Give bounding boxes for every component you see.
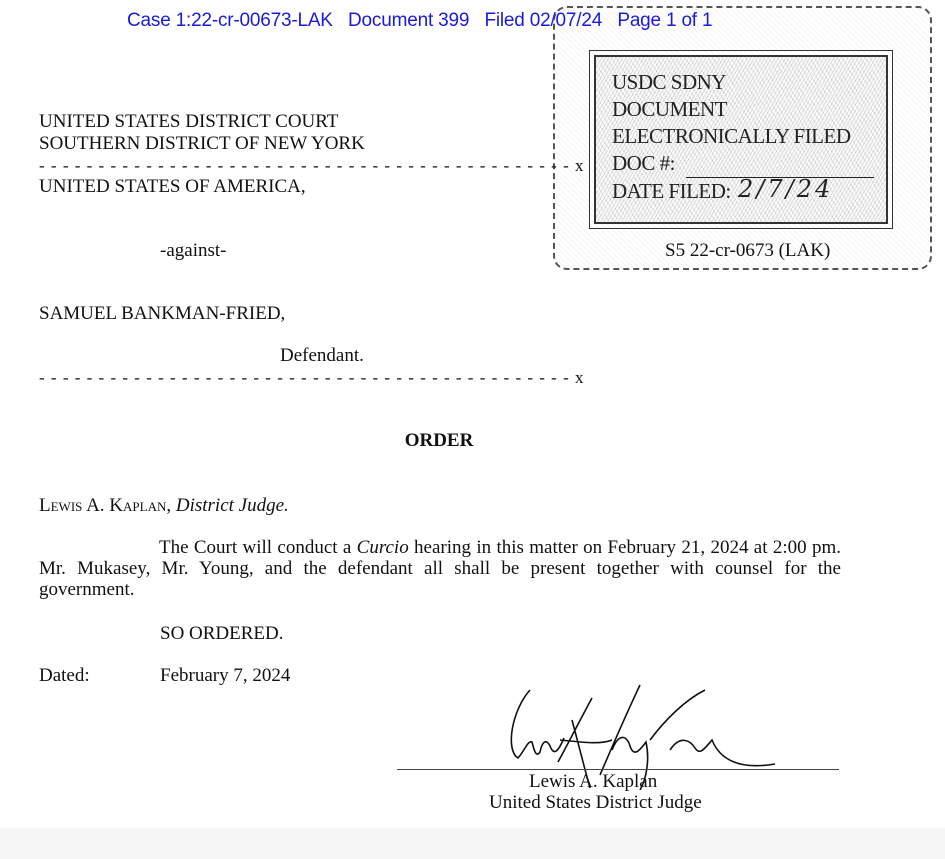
case-number: Case 1:22-cr-00673-LAK [127, 10, 333, 31]
court-district: SOUTHERN DISTRICT OF NEW YORK [39, 133, 365, 155]
dated-label: Dated: [39, 665, 90, 687]
document-number: Document 399 [348, 10, 469, 31]
handwritten-date: 2/7/24 [738, 175, 833, 203]
case-docket-number: S5 22-cr-0673 (LAK) [665, 240, 830, 262]
filed-date: Filed 02/07/24 [484, 10, 602, 31]
signature-line [397, 769, 839, 770]
stamp-line-court: USDC SDNY [612, 70, 726, 95]
judge-heading: Lewis A. Kaplan, District Judge. [39, 495, 289, 517]
defendant-role: Defendant. [280, 345, 364, 367]
stamp-line-electronic: ELECTRONICALLY FILED [612, 124, 851, 149]
judge-title: District Judge. [176, 495, 289, 516]
court-name: UNITED STATES DISTRICT COURT [39, 111, 338, 133]
stamp-line-document: DOCUMENT [612, 97, 727, 122]
dated-value: February 7, 2024 [160, 665, 290, 687]
so-ordered: SO ORDERED. [160, 623, 284, 645]
page-count: Page 1 of 1 [617, 10, 712, 31]
ecf-filing-header: Case 1:22-cr-00673-LAK Document 399 File… [127, 10, 712, 32]
versus-label: -against- [160, 240, 226, 262]
page-bottom-margin [0, 828, 945, 859]
caption-divider-bottom: - - - - - - - - - - - - - - - - - - - - … [39, 368, 585, 388]
stamp-line-doc-number: DOC #: [612, 151, 675, 176]
order-body-text: The Court will conduct a [159, 537, 357, 558]
stamp-line-date-filed: DATE FILED: [612, 179, 731, 204]
order-title: ORDER [0, 430, 878, 452]
order-body: The Court will conduct a Curcio hearing … [39, 537, 841, 600]
judge-name: Lewis A. Kaplan, [39, 495, 171, 516]
curcio-term: Curcio [357, 537, 409, 558]
signatory-name: Lewis A. Kaplan [529, 771, 657, 793]
defendant-name: SAMUEL BANKMAN-FRIED, [39, 303, 285, 325]
signatory-title: United States District Judge [489, 792, 702, 814]
caption-divider-top: - - - - - - - - - - - - - - - - - - - - … [39, 156, 585, 176]
plaintiff-name: UNITED STATES OF AMERICA, [39, 176, 306, 198]
